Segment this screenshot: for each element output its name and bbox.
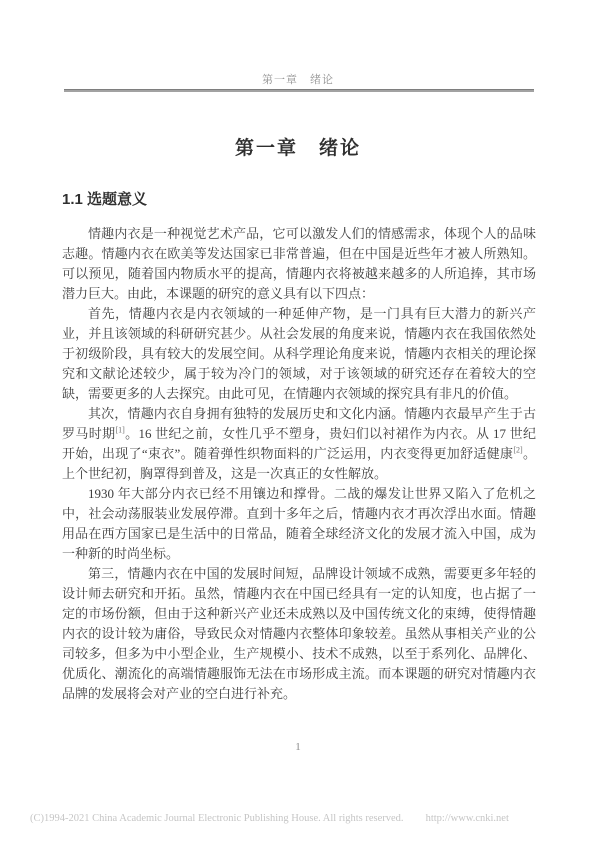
paragraph-4: 1930 年大部分内衣已经不用镶边和撑骨。二战的爆发让世界又陷入了危机之中，社会… <box>62 484 536 564</box>
footer-url: http://www.cnki.net <box>426 813 509 824</box>
header-rule <box>64 89 534 92</box>
paragraph-text: 。16 世纪之前，女性几乎不塑身，贵妇们以衬裙作为内衣。从 17 世纪开始，出现… <box>62 426 536 461</box>
copyright-footer: (C)1994-2021 China Academic Journal Elec… <box>30 813 576 824</box>
running-header: 第一章 绪论 <box>62 71 534 87</box>
chapter-title: 第一章 绪论 <box>0 133 596 160</box>
body-paragraphs: 情趣内衣是一种视觉艺术产品，它可以激发人们的情感需求，体现个人的品味志趣。情趣内… <box>62 224 536 704</box>
page-number: 1 <box>0 741 596 753</box>
citation-ref: [2] <box>513 446 522 455</box>
paragraph-3: 其次，情趣内衣自身拥有独特的发展历史和文化内涵。情趣内衣最早产生于古罗马时期[1… <box>62 404 536 484</box>
copyright-text: (C)1994-2021 China Academic Journal Elec… <box>30 813 404 824</box>
section-heading: 1.1 选题意义 <box>62 188 147 209</box>
document-page: 第一章 绪论 第一章 绪论 1.1 选题意义 情趣内衣是一种视觉艺术产品，它可以… <box>0 0 596 843</box>
paragraph-text: 情趣内衣是一种视觉艺术产品，它可以激发人们的情感需求，体现个人的品味志趣。情趣内… <box>62 226 536 301</box>
paragraph-5: 第三，情趣内衣在中国的发展时间短，品牌设计领域不成熟，需要更多年轻的设计师去研究… <box>62 564 536 704</box>
paragraph-text: 第三，情趣内衣在中国的发展时间短，品牌设计领域不成熟，需要更多年轻的设计师去研究… <box>62 566 536 701</box>
paragraph-text: 1930 年大部分内衣已经不用镶边和撑骨。二战的爆发让世界又陷入了危机之中，社会… <box>62 486 536 561</box>
running-header-text: 第一章 绪论 <box>262 74 334 86</box>
paragraph-2: 首先，情趣内衣是内衣领域的一种延伸产物，是一门具有巨大潜力的新兴产业，并且该领域… <box>62 304 536 404</box>
paragraph-1: 情趣内衣是一种视觉艺术产品，它可以激发人们的情感需求，体现个人的品味志趣。情趣内… <box>62 224 536 304</box>
paragraph-text: 首先，情趣内衣是内衣领域的一种延伸产物，是一门具有巨大潜力的新兴产业，并且该领域… <box>62 306 536 401</box>
citation-ref: [1] <box>115 426 124 435</box>
